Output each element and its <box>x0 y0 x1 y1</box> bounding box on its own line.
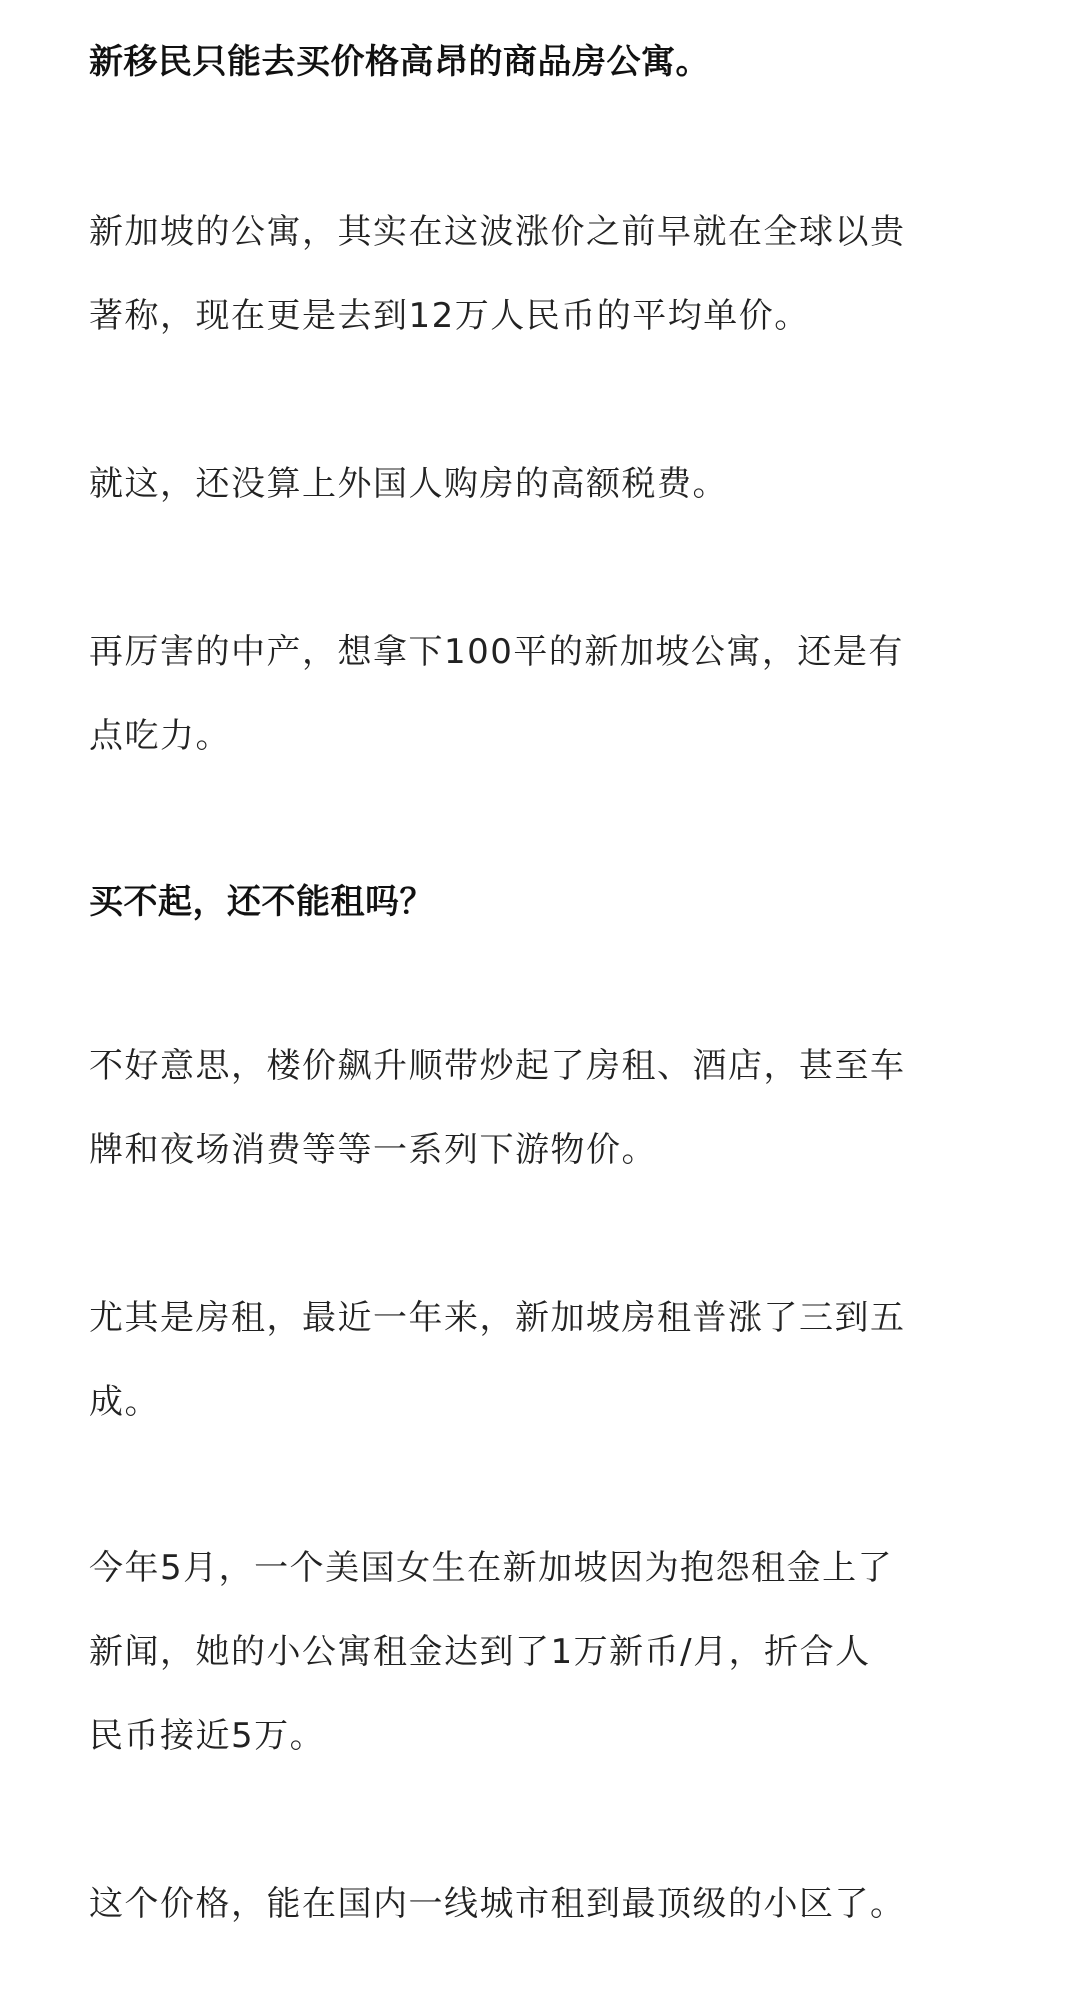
paragraph-line: 民币接近5万。 <box>89 1714 325 1758</box>
paragraph-line: 今年5月，一个美国女生在新加坡因为抱怨租金上了 <box>89 1546 893 1590</box>
paragraph-line: 著称，现在更是去到12万人民币的平均单价。 <box>89 294 810 338</box>
paragraph-line: 尤其是房租，最近一年来，新加坡房租普涨了三到五 <box>89 1296 906 1340</box>
paragraph-line: 点吃力。 <box>89 714 231 758</box>
section-heading: 新移民只能去买价格高昂的商品房公寓。 <box>89 40 710 84</box>
paragraph-line: 这个价格，能在国内一线城市租到最顶级的小区了。 <box>89 1882 906 1926</box>
paragraph-line: 新加坡的公寓，其实在这波涨价之前早就在全球以贵 <box>89 210 906 254</box>
paragraph-line: 成。 <box>89 1380 160 1424</box>
paragraph-line: 牌和夜场消费等等一系列下游物价。 <box>89 1128 657 1172</box>
paragraph-line: 新闻，她的小公寓租金达到了1万新币/月，折合人 <box>89 1630 871 1674</box>
section-heading: 买不起，还不能租吗？ <box>89 880 434 924</box>
paragraph-line: 不好意思，楼价飙升顺带炒起了房租、酒店，甚至车 <box>89 1044 906 1088</box>
paragraph-line: 就这，还没算上外国人购房的高额税费。 <box>89 462 728 506</box>
paragraph-line: 再厉害的中产，想拿下100平的新加坡公寓，还是有 <box>89 630 904 674</box>
